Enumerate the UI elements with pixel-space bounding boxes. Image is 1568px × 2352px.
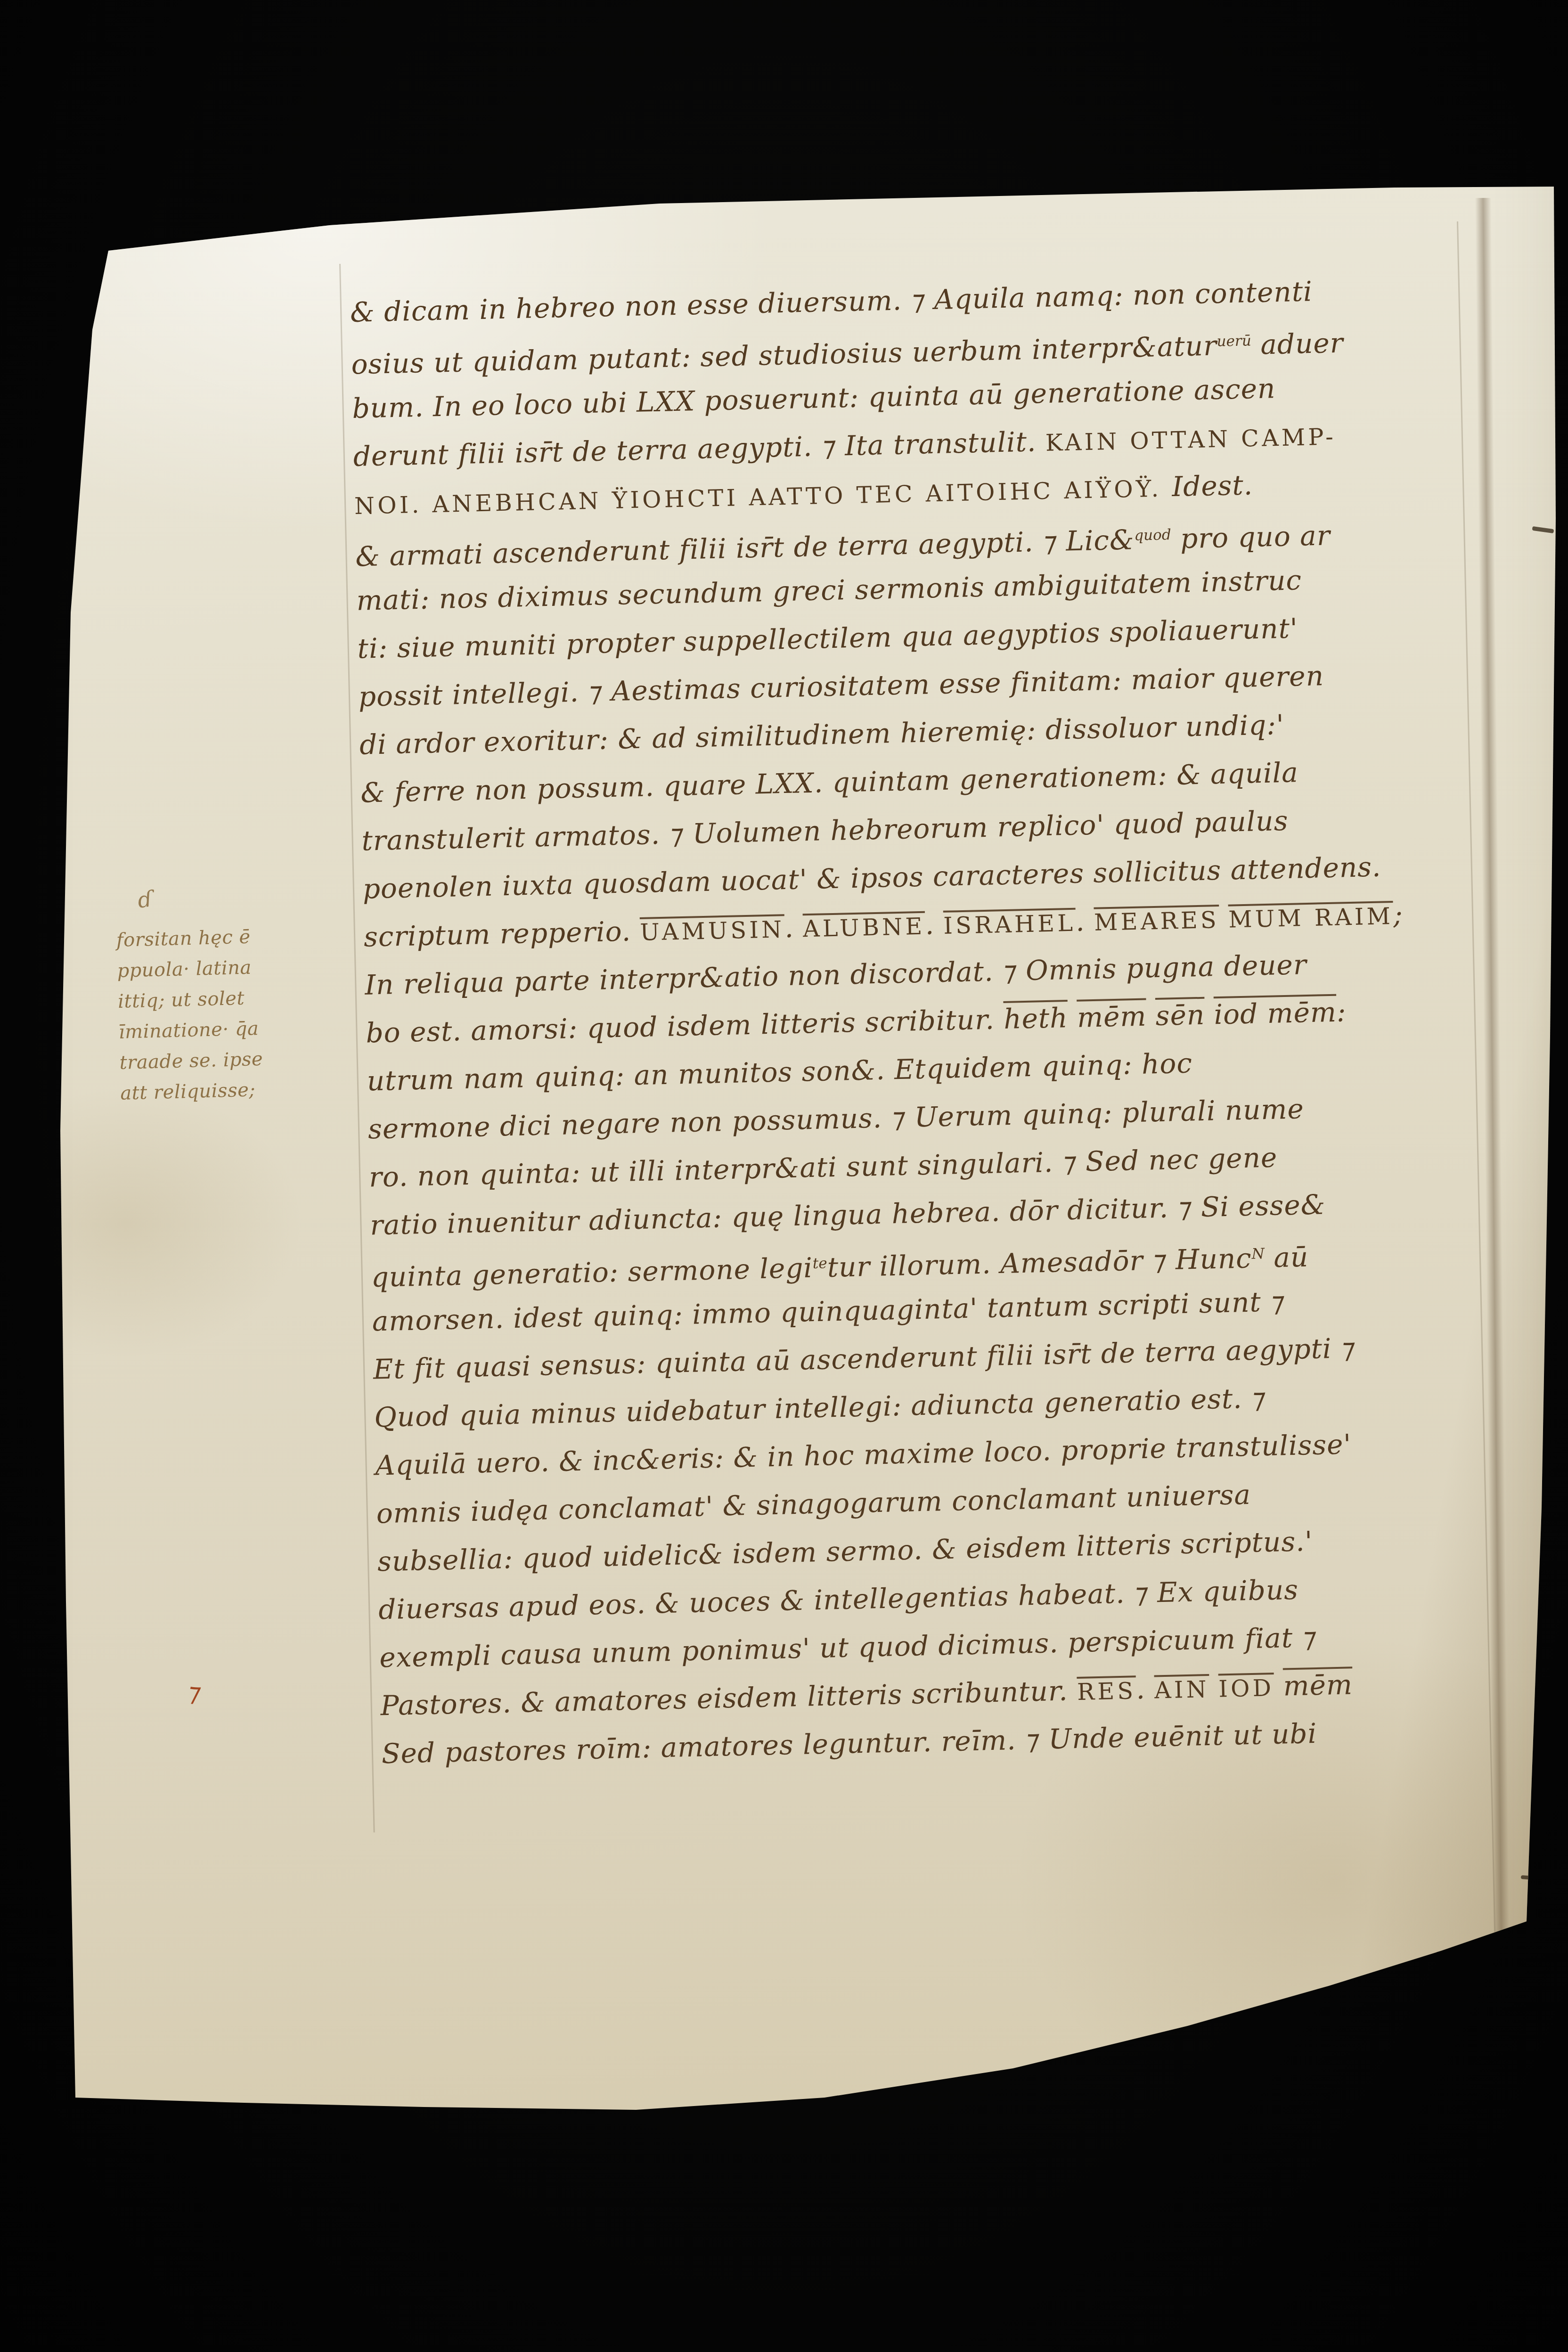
manuscript-text-segment: bo est. amorsi: quod isdem litteris scri… [366, 1003, 1004, 1049]
parchment-stitch-repair [1532, 526, 1554, 533]
manuscript-text-segment: . [1075, 905, 1094, 938]
manuscript-text-segment [1209, 1671, 1219, 1703]
manuscript-text-segment: N [1251, 1245, 1265, 1263]
manuscript-text-segment: . [925, 908, 944, 941]
manuscript-text-segment: ; [1393, 898, 1403, 931]
manuscript-photo: { "page": { "folio_number": "12'", "desc… [0, 0, 1568, 2352]
manuscript-text-segment: heth [1003, 1002, 1068, 1035]
manuscript-text-segment: NOI. ANEBHCAN ŸIOHCTI AATTO TEC AITOIHC … [354, 475, 1172, 520]
manuscript-text-segment: te [812, 1255, 827, 1272]
parchment-page: 12' & dicam in hebreo non esse diuersum.… [0, 0, 1568, 2352]
manuscript-text-segment: KAIN OTTAN CAMP- [1045, 423, 1336, 456]
manuscript-text-segment: quod [1134, 526, 1171, 544]
folio-number-pencil: 12' [126, 207, 198, 252]
manuscript-text-segment: ISRAHEL [943, 910, 1076, 939]
manuscript-text-segment [1204, 998, 1214, 1030]
manuscript-text-segment: UAMUSIN [640, 916, 785, 946]
manuscript-text-segment: MEARES [1094, 906, 1219, 936]
manuscript-text-segment [1068, 1002, 1078, 1034]
margin-tironian-et-mark: ⁊ [187, 1677, 201, 1707]
manuscript-text-segment [1274, 1670, 1283, 1702]
manuscript-text-segment: aduer [1251, 327, 1344, 361]
manuscript-text-segment: pro quo ar [1171, 519, 1331, 555]
manuscript-text-segment: mēm [1077, 1000, 1147, 1033]
manuscript-text-segment: uerū [1217, 332, 1251, 350]
marginal-note-mark: ɗ [136, 886, 154, 913]
manuscript-text-segment: iod mēm [1214, 996, 1337, 1031]
manuscript-text-segment: MUM RAIM [1228, 903, 1394, 933]
manuscript-text-segment: derunt filii isr̄t de terra aegypti. ⁊ I… [353, 425, 1045, 473]
manuscript-text-segment: IOD [1218, 1674, 1274, 1703]
manuscript-text-segment: ALUBNE [803, 913, 926, 943]
manuscript-text-segment: scriptum repperio. [363, 915, 640, 953]
manuscript-text-segment: Idest. [1171, 469, 1253, 503]
manuscript-text-segment: AIN [1154, 1676, 1210, 1704]
manuscript-text-segment: Pastores. & amatores eisdem litteris scr… [380, 1674, 1078, 1722]
manuscript-text-segment: tur illorum. Amesadōr ⁊ Hunc [827, 1242, 1252, 1283]
marginal-note-line: att reliquisse; [120, 1072, 357, 1109]
manuscript-text-segment: . [784, 911, 803, 944]
marginal-note: forsitan hęc ēppuola· latinaittiq; ut so… [116, 919, 356, 1109]
manuscript-text-segment: sēn [1155, 999, 1205, 1032]
manuscript-text-segment: quinta generatio: sermone legi [371, 1252, 813, 1293]
manuscript-text-segment: : [1336, 996, 1347, 1028]
manuscript-text-segment: aū [1264, 1241, 1309, 1274]
main-text-block: & dicam in hebreo non esse diuersum. ⁊ A… [350, 264, 1486, 1778]
manuscript-text-segment: . [1136, 1673, 1155, 1705]
manuscript-text-segment: RES [1077, 1677, 1136, 1706]
manuscript-text-segment: mēm [1283, 1668, 1353, 1702]
manuscript-text-segment [1219, 902, 1229, 934]
manuscript-text-segment [1146, 1000, 1156, 1032]
